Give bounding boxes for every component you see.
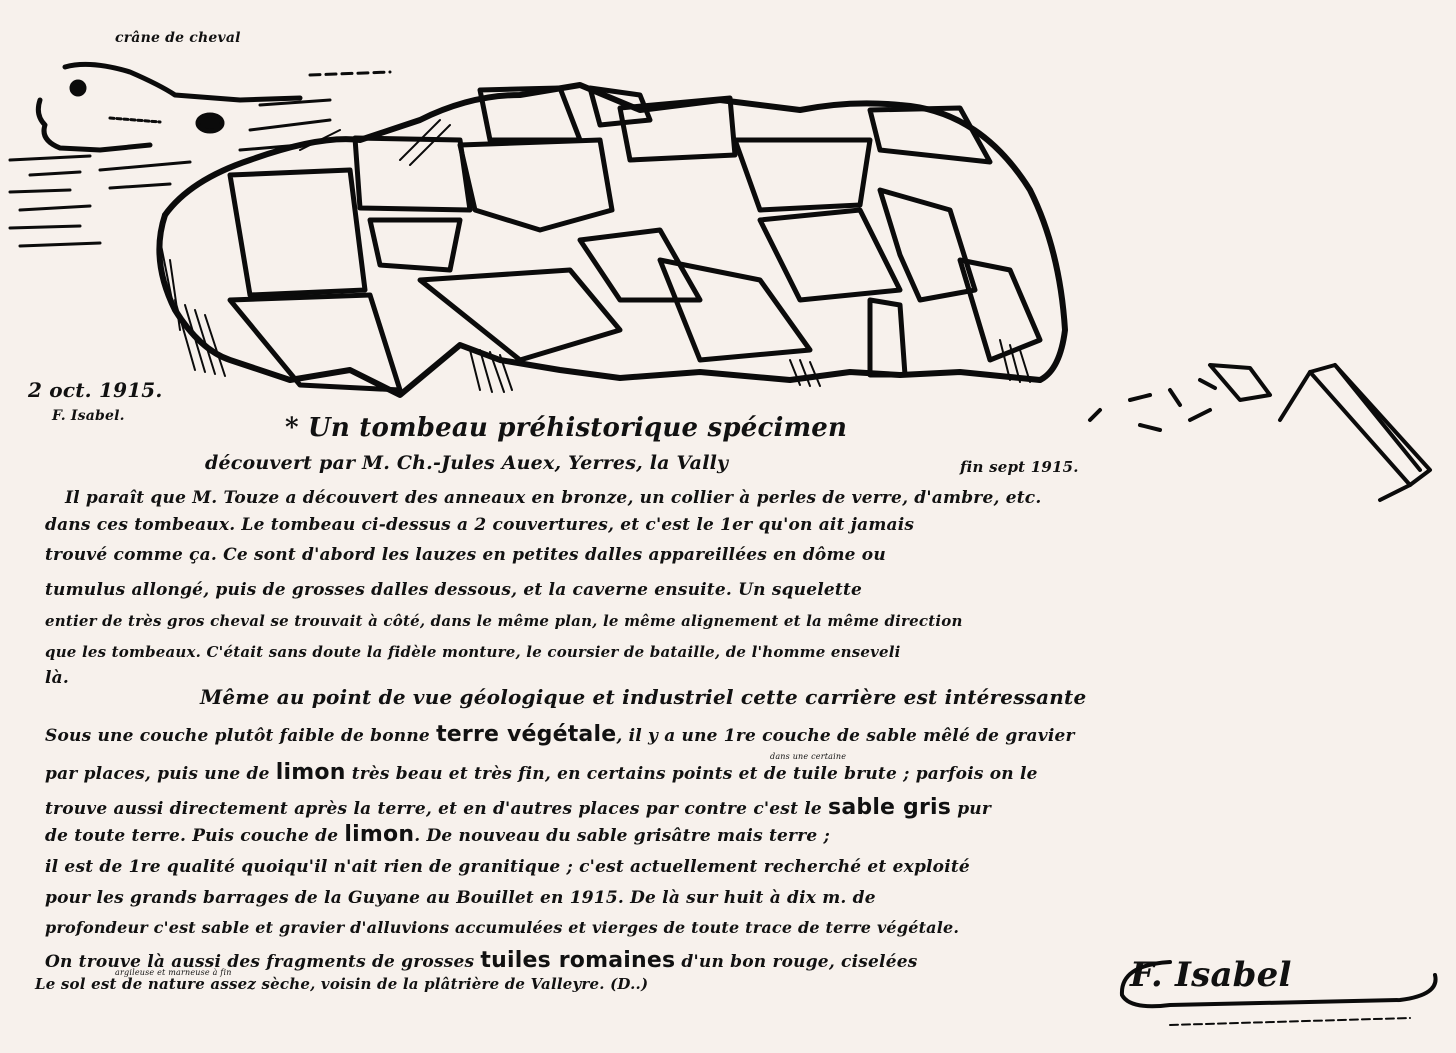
sketch-date: 2 oct. 1915.	[28, 378, 163, 402]
geology-term: tuiles romaines	[480, 948, 675, 973]
geology-line: profondeur c'est sable et gravier d'allu…	[45, 918, 959, 937]
geology-term: sable gris	[828, 795, 951, 820]
body-line: dans ces tombeaux. Le tombeau ci-dessus …	[45, 515, 914, 535]
geology-line-text: trouve aussi directement après la terre,…	[45, 799, 828, 819]
geology-line-rest: . De nouveau du sable grisâtre mais terr…	[414, 826, 830, 846]
body-line: que les tombeaux. C'était sans doute la …	[45, 643, 901, 661]
document-date-note: fin sept 1915.	[960, 458, 1079, 476]
tumulus-outline	[159, 85, 1065, 395]
body-line: tumulus allongé, puis de grosses dalles …	[45, 580, 862, 600]
loose-stones	[1090, 365, 1430, 500]
signature-flourish	[1110, 950, 1450, 1030]
body-line: là.	[45, 668, 69, 688]
stone-slabs	[230, 88, 1040, 390]
sketch-author: F. Isabel.	[52, 408, 125, 424]
document-title: * Un tombeau préhistorique spécimen	[285, 413, 847, 443]
geology-line-text: On trouve là aussi des fragments de gros…	[45, 952, 480, 972]
geology-term: terre végétale	[436, 722, 616, 747]
geology-line: par places, puis une de limon très beau …	[45, 760, 1038, 785]
geology-line: pour les grands barrages de la Guyane au…	[45, 888, 876, 908]
geology-term: limon	[276, 760, 346, 785]
geology-line-rest: très beau et très fin, en certains point…	[346, 764, 1038, 784]
body-line: entier de très gros cheval se trouvait à…	[45, 612, 963, 630]
geology-term: limon	[344, 822, 414, 847]
geology-line: il est de 1re qualité quoiqu'il n'ait ri…	[45, 857, 970, 877]
geology-line: trouve aussi directement après la terre,…	[45, 795, 991, 820]
body-line: Il paraît que M. Touze a découvert des a…	[65, 488, 1041, 508]
geology-line-rest: , il y a une 1re couche de sable mêlé de…	[616, 726, 1074, 746]
document-page: crâne de cheval 2 oct. 1915. F. Isabel. …	[0, 0, 1456, 1053]
geology-line-text: par places, puis une de	[45, 764, 276, 784]
geology-intro: Même au point de vue géologique et indus…	[200, 685, 1086, 709]
geology-line-text: de toute terre. Puis couche de	[45, 826, 344, 846]
geology-line-text: Sous une couche plutôt faible de bonne	[45, 726, 436, 746]
document-subtitle: découvert par M. Ch.-Jules Auex, Yerres,…	[205, 452, 728, 474]
geology-line: de toute terre. Puis couche de limon. De…	[45, 822, 830, 847]
geology-line: Sous une couche plutôt faible de bonne t…	[45, 722, 1075, 747]
horse-skull-caption: crâne de cheval	[115, 30, 241, 46]
geology-line-rest: pur	[951, 799, 991, 819]
geology-line: Le sol est de nature assez sèche, voisin…	[35, 975, 648, 993]
body-line: trouvé comme ça. Ce sont d'abord les lau…	[45, 545, 886, 565]
geology-line-rest: d'un bon rouge, ciselées	[675, 952, 917, 972]
